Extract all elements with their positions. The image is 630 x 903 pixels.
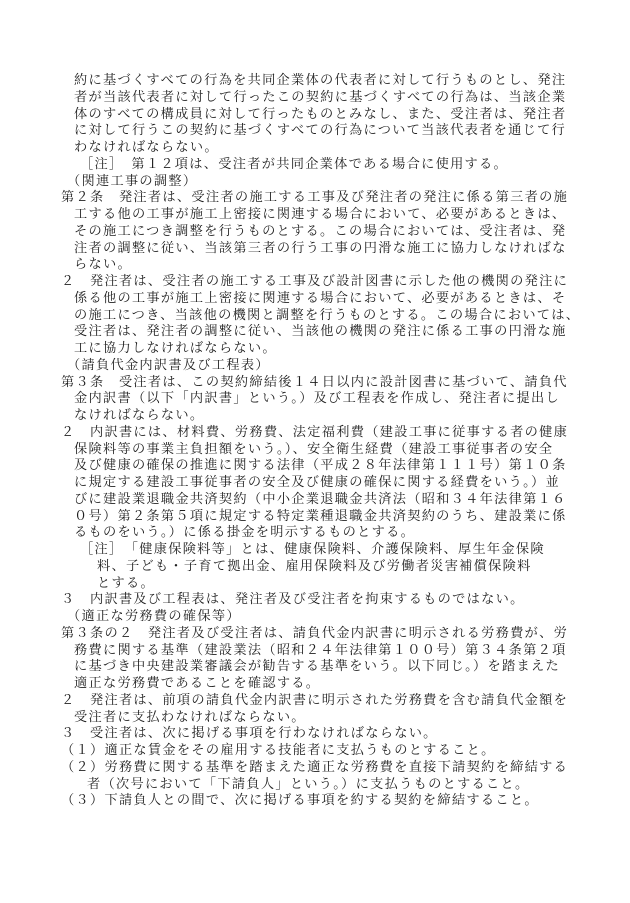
- document-line: 第３条 受注者は、この契約締結後１４日以内に設計図書に基づいて、請負代: [61, 374, 576, 391]
- document-line: 工に協力しなければならない。: [61, 340, 576, 357]
- document-line: 注者の調整に従い、当該第三者の行う工事の円滑な施工に協力しなければな: [61, 240, 576, 257]
- document-line: 係る他の工事が施工上密接に関連する場合において、必要があるときは、そ: [61, 290, 576, 307]
- document-line: 適正な労務費であることを確認する。: [61, 675, 576, 692]
- document-line: 料、子ども・子育て拠出金、雇用保険料及び労働者災害補償保険料: [61, 558, 576, 575]
- document-line: 者が当該代表者に対して行ったこの契約に基づくすべての行為は、当該企業: [61, 89, 576, 106]
- document-line: 約に基づくすべての行為を共同企業体の代表者に対して行うものとし、発注: [61, 72, 576, 89]
- document-line: ２ 発注者は、受注者の施工する工事及び設計図書に示した他の機関の発注に: [61, 273, 576, 290]
- document-line: の施工につき、当該他の機関と調整を行うものとする。この場合においては、: [61, 307, 576, 324]
- document-line: （２）労務費に関する基準を踏まえた適正な労務費を直接下請契約を締結する: [61, 759, 576, 776]
- document-line: 及び健康の確保の推進に関する法律（平成２８年法律第１１１号）第１０条: [61, 457, 576, 474]
- document-line: ２ 内訳書には、材料費、労務費、法定福利費（建設工事に従事する者の健康: [61, 424, 576, 441]
- document-line: 工する他の工事が施工上密接に関連する場合において、必要があるときは、: [61, 206, 576, 223]
- document-line: 体のすべての構成員に対して行ったものとみなし、また、受注者は、発注者: [61, 106, 576, 123]
- document-line: 受注者は、発注者の調整に従い、当該他の機関の発注に係る工事の円滑な施: [61, 323, 576, 340]
- document-line: 受注者に支払わなければならない。: [61, 709, 576, 726]
- document-line: るものをいう。）に係る掛金を明示するものとする。: [61, 524, 576, 541]
- document-line: ３ 受注者は、次に掲げる事項を行わなければならない。: [61, 725, 576, 742]
- document-line: びに建設業退職金共済契約（中小企業退職金共済法（昭和３４年法律第１６: [61, 491, 576, 508]
- document-line: （関連工事の調整）: [61, 173, 576, 190]
- document-line: なければならない。: [61, 407, 576, 424]
- document-line: に対して行うこの契約に基づくすべての行為について当該代表者を通じて行: [61, 122, 576, 139]
- document-line: ０号）第２条第５項に規定する特定業種退職金共済契約のうち、建設業に係: [61, 508, 576, 525]
- document-line: 者（次号において「下請負人」という。）に支払うものとすること。: [61, 776, 576, 793]
- document-line: らない。: [61, 256, 576, 273]
- document-line: ３ 内訳書及び工程表は、発注者及び受注者を拘束するものではない。: [61, 591, 576, 608]
- document-line: わなければならない。: [61, 139, 576, 156]
- document-line: ［注］ 第１２項は、受注者が共同企業体である場合に使用する。: [61, 156, 576, 173]
- document-page: 約に基づくすべての行為を共同企業体の代表者に対して行うものとし、発注者が当該代表…: [0, 0, 630, 903]
- document-line: その施工につき調整を行うものとする。この場合においては、受注者は、発: [61, 223, 576, 240]
- document-line: （適正な労務費の確保等）: [61, 608, 576, 625]
- document-line: （３）下請負人との間で、次に掲げる事項を約する契約を締結すること。: [61, 792, 576, 809]
- document-line: 第３条の２ 発注者及び受注者は、請負代金内訳書に明示される労務費が、労: [61, 625, 576, 642]
- document-line: 保険料等の事業主負担額をいう。）、安全衛生経費（建設工事従事者の安全: [61, 441, 576, 458]
- document-line: 務費に関する基準（建設業法（昭和２４年法律第１００号）第３４条第２項: [61, 642, 576, 659]
- document-line: 第２条 発注者は、受注者の施工する工事及び発注者の発注に係る第三者の施: [61, 189, 576, 206]
- document-line: ［注］ 「健康保険料等」とは、健康保険料、介護保険料、厚生年金保険: [61, 541, 576, 558]
- document-body: 約に基づくすべての行為を共同企業体の代表者に対して行うものとし、発注者が当該代表…: [61, 72, 576, 809]
- document-line: ２ 発注者は、前項の請負代金内訳書に明示された労務費を含む請負代金額を: [61, 692, 576, 709]
- document-line: とする。: [61, 575, 576, 592]
- document-line: に規定する建設工事従事者の安全及び健康の確保に関する経費をいう。）並: [61, 474, 576, 491]
- document-line: 金内訳書（以下「内訳書」という。）及び工程表を作成し、発注者に提出し: [61, 390, 576, 407]
- document-line: （請負代金内訳書及び工程表）: [61, 357, 576, 374]
- document-line: （１）適正な賃金をその雇用する技能者に支払うものとすること。: [61, 742, 576, 759]
- document-line: に基づき中央建設業審議会が勧告する基準をいう。以下同じ。）を踏まえた: [61, 658, 576, 675]
